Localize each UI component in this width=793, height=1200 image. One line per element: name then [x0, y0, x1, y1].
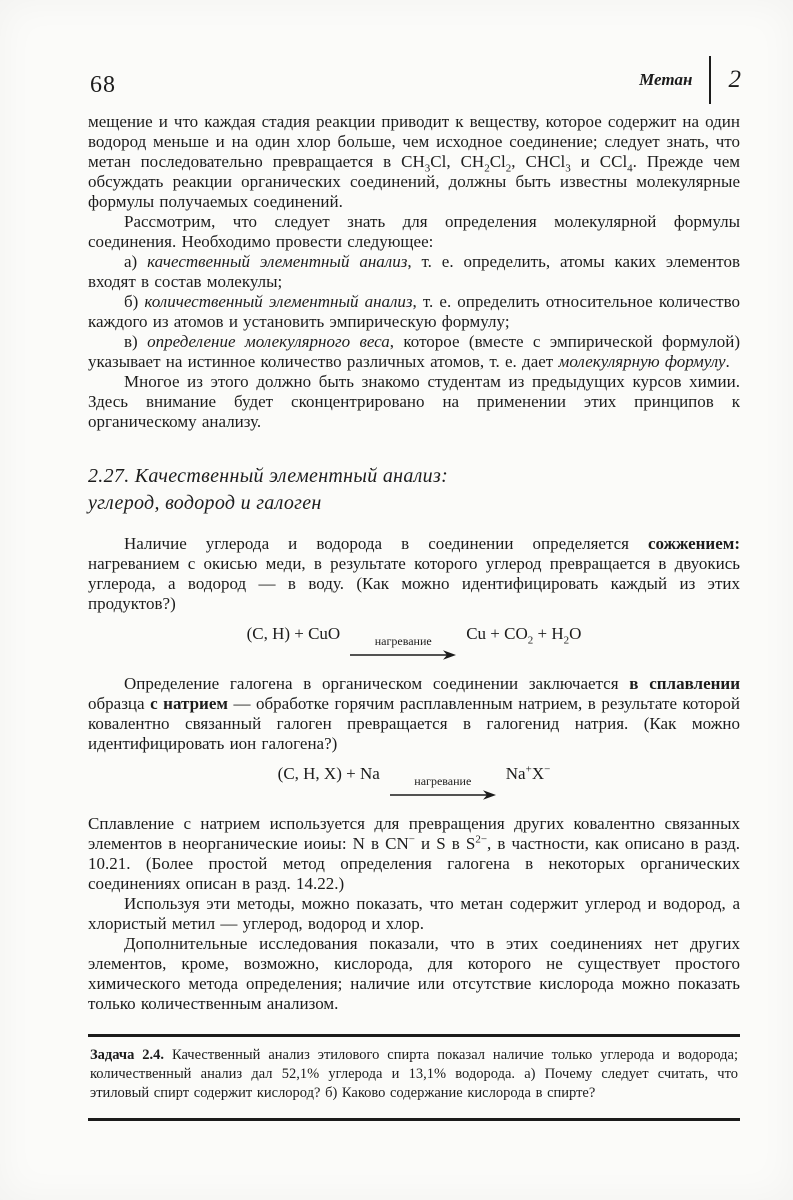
section-heading-line: углерод, водород и галоген	[88, 492, 322, 514]
text-segment: количественный элементный анализ	[144, 292, 412, 311]
text-segment: образца	[88, 694, 150, 713]
page-header: 68 Метан 2	[90, 56, 741, 104]
text-segment: (C, H) + CuO	[247, 624, 341, 643]
text-segment: Определение галогена в органическом соед…	[124, 674, 629, 693]
text-segment: а)	[124, 252, 147, 271]
equation-right-side: Na+X−	[506, 764, 551, 784]
text-segment: молекулярную формулу	[558, 352, 725, 371]
text-segment: Используя эти методы, можно показать, чт…	[88, 894, 740, 933]
text-segment: Cu + CO	[466, 624, 528, 643]
equation-left-side: (C, H) + CuO	[247, 624, 341, 644]
section-heading-line: 2.27. Качественный элементный анализ:	[88, 465, 448, 487]
text-segment: Задача 2.4.	[90, 1047, 164, 1063]
arrow-icon	[389, 789, 497, 801]
chemical-equation: (C, H, X) + NaнагреваниеNa+X−	[88, 764, 740, 801]
text-segment: определение молекулярного веса	[147, 332, 390, 351]
running-head: Метан 2	[639, 56, 741, 104]
text-segment: Многое из этого должно быть знакомо студ…	[88, 372, 740, 431]
reaction-arrow: нагревание	[389, 775, 497, 801]
section-heading: 2.27. Качественный элементный анализ:угл…	[88, 463, 740, 517]
document-body: мещение и что каждая стадия реакции прив…	[88, 112, 740, 1121]
page-number: 68	[90, 72, 116, 99]
arrow-icon	[349, 649, 457, 661]
text-segment: Na	[506, 764, 526, 783]
paragraph: Рассмотрим, что следует знать для опреде…	[88, 212, 740, 252]
reaction-condition-label: нагревание	[375, 635, 432, 648]
reaction-condition-label: нагревание	[414, 775, 471, 788]
text-segment: (C, H, X) + Na	[278, 764, 380, 783]
text-segment: Cl, CH	[430, 152, 484, 171]
paragraph: Определение галогена в органическом соед…	[88, 674, 740, 754]
text-segment: 2−	[475, 833, 487, 845]
text-segment: Рассмотрим, что следует знать для опреде…	[88, 212, 740, 251]
text-segment: Дополнительные исследования показали, чт…	[88, 934, 740, 1013]
text-segment: качественный элементный анализ	[147, 252, 407, 271]
equation-right-side: Cu + CO2 + H2O	[466, 624, 581, 644]
text-segment: Качественный анализ этилового спирта пок…	[90, 1047, 738, 1101]
text-segment: и CCl	[571, 152, 627, 171]
equation-left-side: (C, H, X) + Na	[278, 764, 380, 784]
paragraph: мещение и что каждая стадия реакции прив…	[88, 112, 740, 212]
text-segment: нагреванием с окисью меди, в результате …	[88, 554, 740, 613]
chapter-divider	[709, 56, 711, 104]
paragraph: Наличие углерода и водорода в соединении…	[88, 534, 740, 614]
text-segment: в)	[124, 332, 147, 351]
running-title: Метан	[639, 70, 692, 90]
paragraph: Многое из этого должно быть знакомо студ…	[88, 372, 740, 432]
text-segment: −	[544, 763, 550, 775]
reaction-arrow: нагревание	[349, 635, 457, 661]
text-segment: + H	[533, 624, 563, 643]
paragraph: в) определение молекулярного веса, котор…	[88, 332, 740, 372]
paragraph: а) качественный элементный анализ, т. е.…	[88, 252, 740, 292]
problem-box: Задача 2.4. Качественный анализ этиловог…	[88, 1034, 740, 1121]
text-segment: X	[532, 764, 544, 783]
paragraph: Дополнительные исследования показали, чт…	[88, 934, 740, 1014]
text-segment: с натрием	[150, 694, 228, 713]
chemical-equation: (C, H) + CuOнагреваниеCu + CO2 + H2O	[88, 624, 740, 661]
text-segment: .	[726, 352, 730, 371]
text-segment: и S в S	[415, 834, 475, 853]
problem-text: Задача 2.4. Качественный анализ этиловог…	[90, 1046, 738, 1103]
text-segment: Наличие углерода и водорода в соединении…	[124, 534, 648, 553]
text-segment: сожжением:	[648, 534, 740, 553]
paragraph: Используя эти методы, можно показать, чт…	[88, 894, 740, 934]
text-segment: в сплавлении	[629, 674, 740, 693]
chapter-number: 2	[729, 66, 742, 94]
paragraph: Сплавление с натрием используется для пр…	[88, 814, 740, 894]
text-segment: , CHCl	[511, 152, 565, 171]
text-segment: O	[569, 624, 581, 643]
text-segment: б)	[124, 292, 144, 311]
book-page: 68 Метан 2 мещение и что каждая стадия р…	[0, 0, 793, 1200]
paragraph: б) количественный элементный анализ, т. …	[88, 292, 740, 332]
text-segment: Cl	[490, 152, 506, 171]
